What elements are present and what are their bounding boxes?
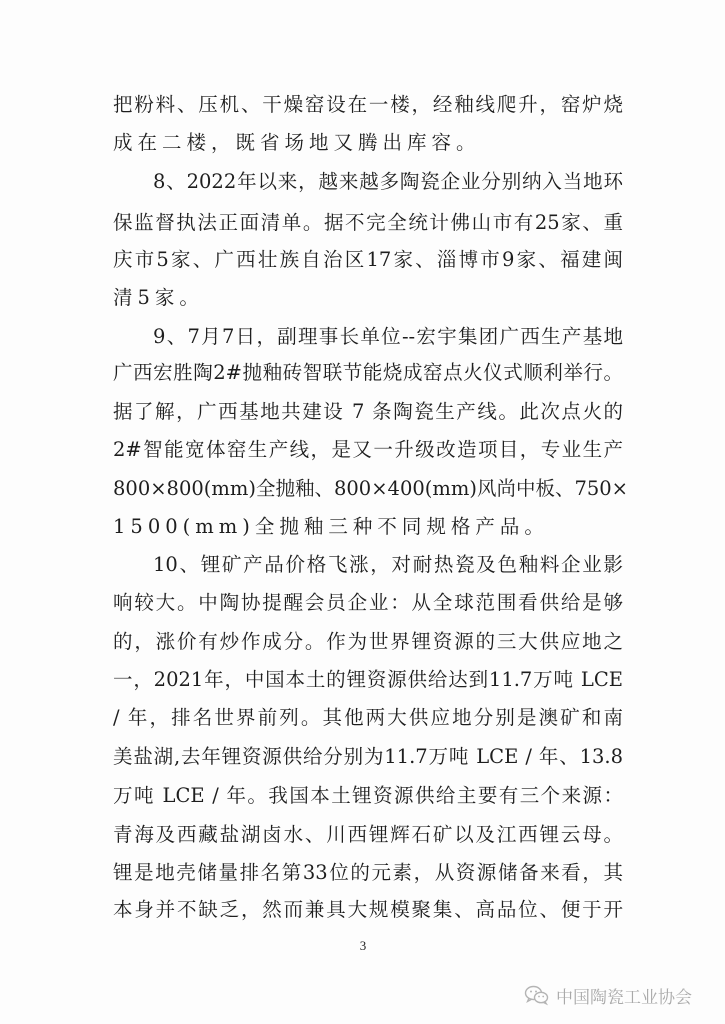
text-line: 保监督执法正面清单。据不完全统计佛山市有25家、重: [113, 208, 623, 238]
watermark: 中国陶瓷工业协会: [524, 982, 692, 1008]
text-line: 把粉料、压机、干燥窑设在一楼，经釉线爬升，窑炉烧: [113, 90, 623, 120]
text-line: 青海及西藏盐湖卤水、川西锂辉石矿以及江西锂云母。: [113, 820, 623, 850]
text-line: 2#智能宽体窑生产线，是又一升级改造项目，专业生产: [113, 435, 623, 465]
text-line: 1500(mm)全抛釉三种不同规格产品。: [113, 512, 623, 542]
text-line-content: 清5家。: [113, 283, 623, 313]
text-line-content: 据了解，广西基地共建设 7 条陶瓷生产线。此次点火的: [113, 397, 623, 427]
text-line-content: 的，涨价有炒作成分。作为世界锂资源的三大供应地之: [113, 627, 623, 657]
watermark-text: 中国陶瓷工业协会: [556, 983, 692, 1008]
text-line: 广西宏胜陶2#抛釉砖智联节能烧成窑点火仪式顺利举行。: [113, 358, 623, 388]
text-line: 万吨 LCE / 年。我国本土锂资源供给主要有三个来源：: [113, 781, 623, 811]
text-line: 的，涨价有炒作成分。作为世界锂资源的三大供应地之: [113, 627, 623, 657]
text-line-content: 1500(mm)全抛釉三种不同规格产品。: [113, 512, 623, 542]
text-line: 美盐湖,去年锂资源供给分别为11.7万吨 LCE / 年、13.8: [113, 742, 623, 772]
text-line: 锂是地壳储量排名第33位的元素，从资源储备来看，其: [113, 858, 623, 888]
text-line-content: 青海及西藏盐湖卤水、川西锂辉石矿以及江西锂云母。: [113, 820, 623, 850]
text-line: 据了解，广西基地共建设 7 条陶瓷生产线。此次点火的: [113, 397, 623, 427]
text-line-content: 8、2022年以来，越来越多陶瓷企业分别纳入当地环: [153, 167, 623, 197]
text-line: 庆市5家、广西壮族自治区17家、淄博市9家、福建闽: [113, 245, 623, 275]
text-line: 本身并不缺乏，然而兼具大规模聚集、高品位、便于开: [113, 895, 623, 925]
text-line-content: 把粉料、压机、干燥窑设在一楼，经釉线爬升，窑炉烧: [113, 90, 623, 120]
text-line-content: 800×800(mm)全抛釉、800×400(mm)风尚中板、750×: [113, 474, 623, 504]
text-line: 响较大。中陶协提醒会员企业：从全球范围看供给是够: [113, 588, 623, 618]
text-line: 成在二楼，既省场地又腾出库容。: [113, 128, 623, 158]
text-line: / 年，排名世界前列。其他两大供应地分别是澳矿和南: [113, 703, 623, 733]
text-line-content: 一，2021年，中国本土的锂资源供给达到11.7万吨 LCE: [113, 665, 623, 695]
text-line-content: 广西宏胜陶2#抛釉砖智联节能烧成窑点火仪式顺利举行。: [113, 358, 623, 388]
text-line-content: 成在二楼，既省场地又腾出库容。: [113, 128, 623, 158]
document-page: 把粉料、压机、干燥窑设在一楼，经釉线爬升，窑炉烧成在二楼，既省场地又腾出库容。8…: [0, 0, 725, 1024]
text-line: 一，2021年，中国本土的锂资源供给达到11.7万吨 LCE: [113, 665, 623, 695]
text-line-content: 锂是地壳储量排名第33位的元素，从资源储备来看，其: [113, 858, 623, 888]
text-line-content: 10、锂矿产品价格飞涨，对耐热瓷及色釉料企业影: [153, 550, 623, 580]
text-line-content: / 年，排名世界前列。其他两大供应地分别是澳矿和南: [113, 703, 623, 733]
text-line: 9、7月7日，副理事长单位--宏宇集团广西生产基地: [153, 322, 623, 352]
text-line: 800×800(mm)全抛釉、800×400(mm)风尚中板、750×: [113, 474, 623, 504]
text-line-content: 9、7月7日，副理事长单位--宏宇集团广西生产基地: [153, 322, 623, 352]
text-line: 8、2022年以来，越来越多陶瓷企业分别纳入当地环: [153, 167, 623, 197]
wechat-icon: [524, 984, 550, 1006]
page-number: 3: [356, 938, 370, 954]
text-line-content: 保监督执法正面清单。据不完全统计佛山市有25家、重: [113, 208, 623, 238]
text-line-content: 响较大。中陶协提醒会员企业：从全球范围看供给是够: [113, 588, 623, 618]
text-line-content: 庆市5家、广西壮族自治区17家、淄博市9家、福建闽: [113, 245, 623, 275]
text-line-content: 美盐湖,去年锂资源供给分别为11.7万吨 LCE / 年、13.8: [113, 742, 623, 772]
text-line: 清5家。: [113, 283, 623, 313]
text-line-content: 2#智能宽体窑生产线，是又一升级改造项目，专业生产: [113, 435, 623, 465]
text-line-content: 万吨 LCE / 年。我国本土锂资源供给主要有三个来源：: [113, 781, 623, 811]
text-line: 10、锂矿产品价格飞涨，对耐热瓷及色釉料企业影: [153, 550, 623, 580]
text-line-content: 本身并不缺乏，然而兼具大规模聚集、高品位、便于开: [113, 895, 623, 925]
